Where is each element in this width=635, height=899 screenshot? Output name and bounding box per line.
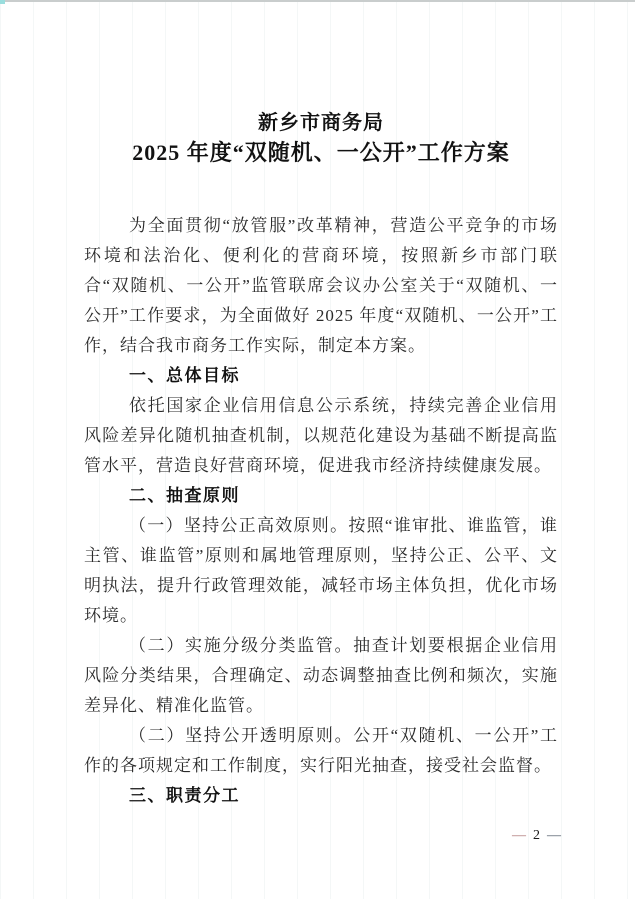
page-number: 2 (533, 828, 540, 843)
page-number-dash-right: — (540, 828, 561, 843)
section-heading-3: 三、职责分工 (84, 781, 558, 811)
document-title: 新乡市商务局 2025 年度“双随机、一公开”工作方案 (84, 108, 558, 168)
intro-paragraph: 为全面贯彻“放管服”改革精神，营造公平竞争的市场环境和法治化、便利化的营商环境，… (84, 211, 558, 361)
document-body: 为全面贯彻“放管服”改革精神，营造公平竞争的市场环境和法治化、便利化的营商环境，… (84, 211, 558, 811)
section-heading-1: 一、总体目标 (84, 361, 558, 391)
section-heading-2: 二、抽查原则 (84, 481, 558, 511)
document-page: 新乡市商务局 2025 年度“双随机、一公开”工作方案 为全面贯彻“放管服”改革… (0, 0, 635, 899)
page-number-dash-left: — (512, 828, 533, 843)
title-org-name: 新乡市商务局 (84, 108, 558, 138)
scan-artifact-corner-mark (0, 0, 5, 4)
section-1-paragraph: 依托国家企业信用信息公示系统，持续完善企业信用风险差异化随机抽查机制，以规范化建… (84, 391, 558, 481)
section-2-item-1-paragraph: （一）坚持公正高效原则。按照“谁审批、谁监管，谁主管、谁监管”原则和属地管理原则… (84, 511, 558, 631)
page-number-footer: —2— (512, 826, 561, 846)
section-2-item-2-paragraph: （二）实施分级分类监管。抽查计划要根据企业信用风险分类结果，合理确定、动态调整抽… (84, 631, 558, 721)
scan-artifact-top-edge (0, 0, 635, 2)
section-2-item-3-paragraph: （二）坚持公开透明原则。公开“双随机、一公开”工作的各项规定和工作制度，实行阳光… (84, 721, 558, 781)
title-plan-name: 2025 年度“双随机、一公开”工作方案 (84, 138, 558, 168)
